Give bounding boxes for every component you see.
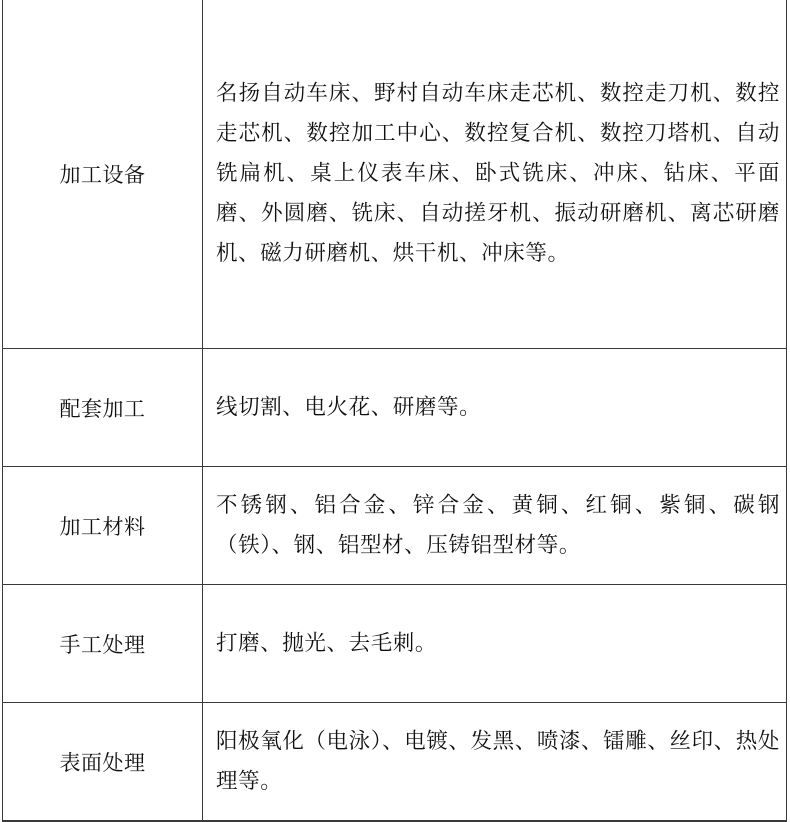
row-value-supporting-processing: 线切割、电火花、研磨等。 [203, 349, 787, 467]
table-row-manual-processing: 手工处理 打磨、抛光、去毛刺。 [3, 585, 787, 703]
table-row-supporting-processing: 配套加工 线切割、电火花、研磨等。 [3, 349, 787, 467]
row-label-supporting-processing: 配套加工 [3, 349, 203, 467]
row-label-materials: 加工材料 [3, 467, 203, 585]
row-value-manual-processing: 打磨、抛光、去毛刺。 [203, 585, 787, 703]
row-label-surface-treatment: 表面处理 [3, 703, 203, 821]
table-row-surface-treatment: 表面处理 阳极氧化（电泳）、电镀、发黑、喷漆、镭雕、丝印、热处理等。 [3, 703, 787, 821]
row-label-manual-processing: 手工处理 [3, 585, 203, 703]
table-row-materials: 加工材料 不锈钢、铝合金、锌合金、黄铜、红铜、紫铜、碳钢（铁）、钢、铝型材、压铸… [3, 467, 787, 585]
row-value-materials: 不锈钢、铝合金、锌合金、黄铜、红铜、紫铜、碳钢（铁）、钢、铝型材、压铸铝型材等。 [203, 467, 787, 585]
row-value-surface-treatment: 阳极氧化（电泳）、电镀、发黑、喷漆、镭雕、丝印、热处理等。 [203, 703, 787, 821]
row-value-equipment: 名扬自动车床、野村自动车床走芯机、数控走刀机、数控走芯机、数控加工中心、数控复合… [203, 0, 787, 349]
processing-capabilities-table: 加工设备 名扬自动车床、野村自动车床走芯机、数控走刀机、数控走芯机、数控加工中心… [2, 0, 787, 820]
row-label-equipment: 加工设备 [3, 0, 203, 349]
table-row-equipment: 加工设备 名扬自动车床、野村自动车床走芯机、数控走刀机、数控走芯机、数控加工中心… [3, 0, 787, 349]
